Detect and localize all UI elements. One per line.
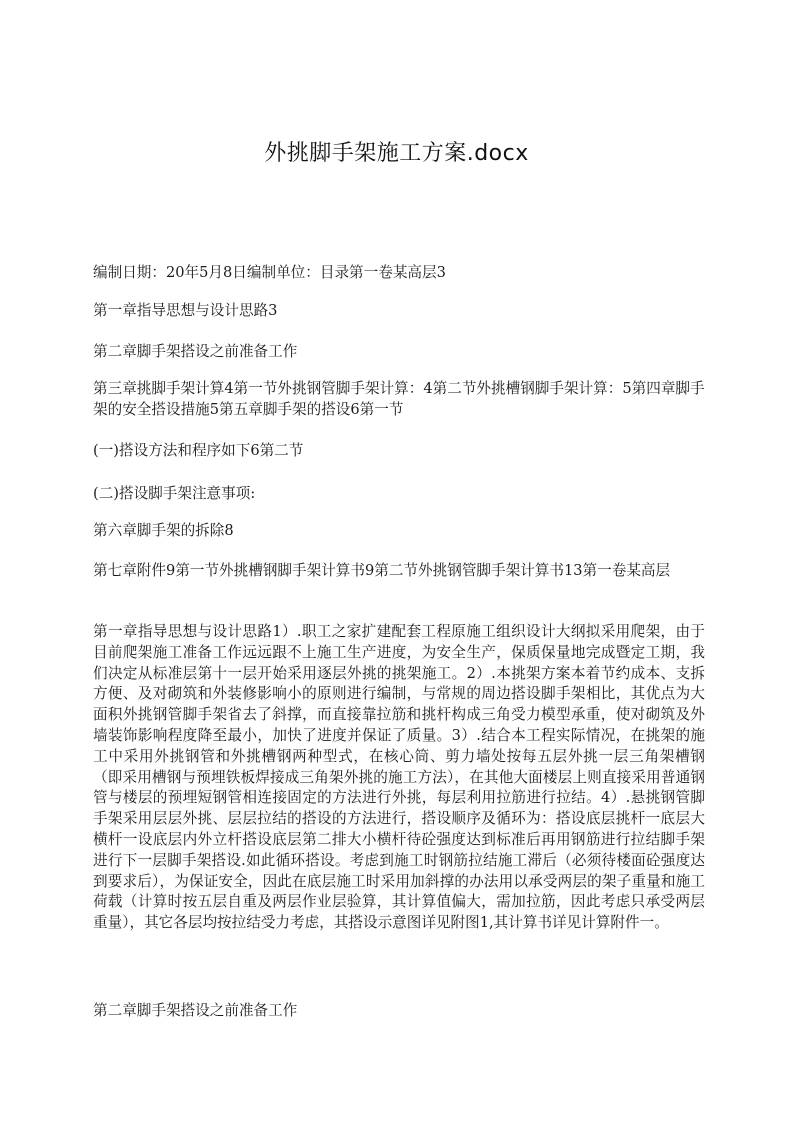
paragraph-compile-info: 编制日期：20年5月8日编制单位：目录第一卷某高层3 [93,262,705,283]
paragraph-chapter-1-body: 第一章指导思想与设计思路1）.职工之家扩建配套工程原施工组织设计大纲拟采用爬架，… [93,622,705,934]
paragraph-toc-chapter-3-5: 第三章挑脚手架计算4第一节外挑钢管脚手架计算：4第二节外挑槽钢脚手架计算：5第四… [93,378,705,420]
paragraph-toc-section-2: (二)搭设脚手架注意事项: [93,483,705,504]
paragraph-toc-chapter-6: 第六章脚手架的拆除8 [93,520,705,541]
paragraph-toc-section-1: (一)搭设方法和程序如下6第二节 [93,440,705,461]
paragraph-toc-chapter-1: 第一章指导思想与设计思路3 [93,300,705,321]
document-title: 外挑脚手架施工方案.docx [0,136,793,167]
heading-chapter-2: 第二章脚手架搭设之前准备工作 [93,1000,705,1021]
paragraph-toc-chapter-2: 第二章脚手架搭设之前准备工作 [93,341,705,362]
paragraph-toc-chapter-7: 第七章附件9第一节外挑槽钢脚手架计算书9第二节外挑钢管脚手架计算书13第一卷某高… [93,560,705,581]
